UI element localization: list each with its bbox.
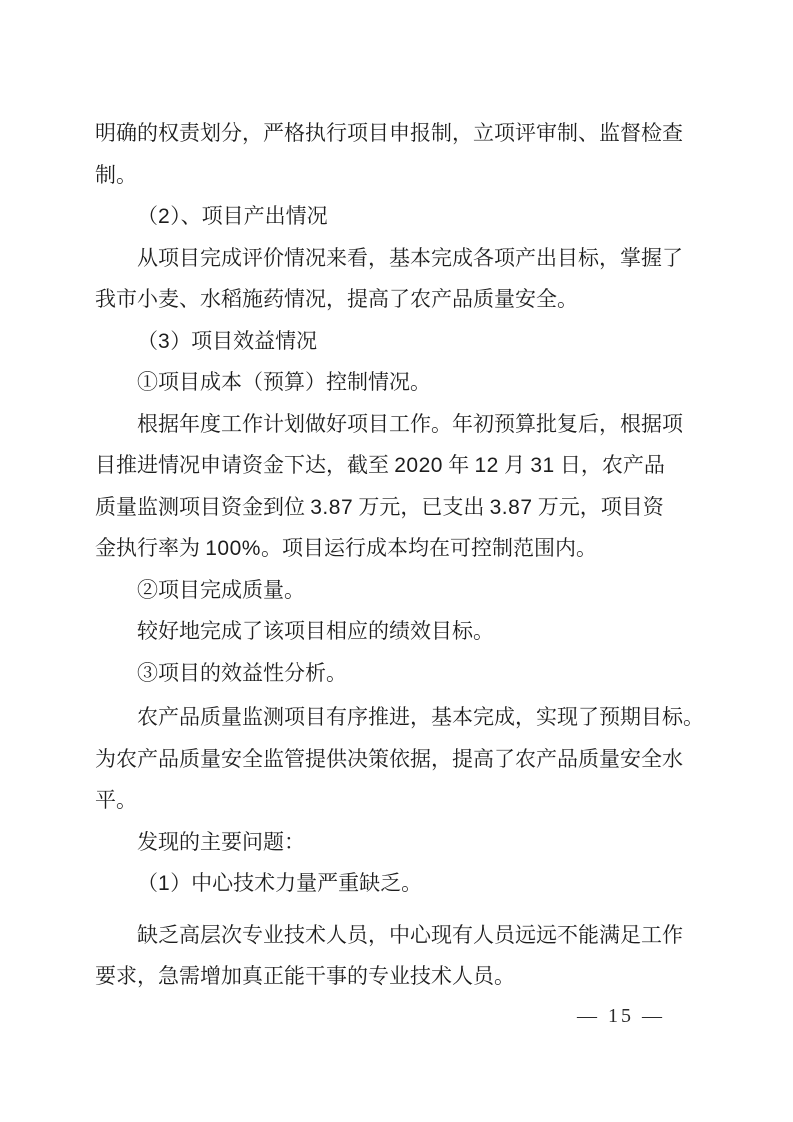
number-text: 12 [474,454,498,477]
body-text: ①项目成本（预算）控制情况。 [137,370,431,394]
number-text: 3.87 [310,496,353,519]
body-text: ③项目的效益性分析。 [137,661,347,685]
body-text: 万元，项目资 [533,495,664,519]
text-line: 我市小麦、水稻施药情况，提高了农产品质量安全。 [95,279,720,321]
text-line: 从项目完成评价情况来看，基本完成各项产出目标，掌握了 [95,238,720,280]
body-text: 月 [499,453,531,477]
number-text: 2 [158,205,170,228]
body-text: 明确的权责划分，严格执行项目申报制，立项评审制、监督检查 [95,121,683,145]
body-text: 发现的主要问题： [137,830,305,854]
body-text: ）中心技术力量严重缺乏。 [170,871,422,895]
text-line: 金执行率为 100%。项目运行成本均在可控制范围内。 [95,528,720,570]
text-line: 制。 [95,155,720,197]
text-line: 目推进情况申请资金下达，截至 2020 年 12 月 31 日，农产品 [95,445,720,487]
text-line: （2）、项目产出情况 [95,196,720,238]
body-text: 我市小麦、水稻施药情况，提高了农产品质量安全。 [95,287,578,311]
text-line: 平。 [95,780,720,822]
text-line: ②项目完成质量。 [95,570,720,612]
text-line: 缺乏高层次专业技术人员，中心现有人员远远不能满足工作 [95,915,720,957]
body-text: （ [137,204,158,228]
text-line: （3）项目效益情况 [95,321,720,363]
body-text: 农产品质量监测项目有序推进，基本完成，实现了预期目标。 [137,705,704,729]
text-line: 明确的权责划分，严格执行项目申报制，立项评审制、监督检查 [95,113,720,155]
body-text: （ [137,329,158,353]
page-number: — 15 — [577,996,665,1038]
body-text: 为农产品质量安全监管提供决策依据，提高了农产品质量安全水 [95,747,683,771]
body-text: 从项目完成评价情况来看，基本完成各项产出目标，掌握了 [137,246,683,270]
number-text: 100% [205,537,261,560]
number-text: 31 [530,454,554,477]
body-text: ②项目完成质量。 [137,578,305,602]
text-line: （1）中心技术力量严重缺乏。 [95,863,720,905]
text-line: 较好地完成了该项目相应的绩效目标。 [95,611,720,653]
number-text: 1 [158,872,170,895]
body-text: 平。 [95,788,137,812]
document-page: 明确的权责划分，严格执行项目申报制，立项评审制、监督检查制。（2）、项目产出情况… [0,0,793,1122]
text-line: 发现的主要问题： [95,822,720,864]
text-line: ③项目的效益性分析。 [95,653,720,695]
text-line: 质量监测项目资金到位 3.87 万元，已支出 3.87 万元，项目资 [95,487,720,529]
body-text: ）、项目产出情况 [170,204,328,228]
number-text: 3 [158,330,170,353]
body-text: 目推进情况申请资金下达，截至 [95,453,394,477]
text-line: 为农产品质量安全监管提供决策依据，提高了农产品质量安全水 [95,739,720,781]
body-text: 制。 [95,163,137,187]
body-text: 要求，急需增加真正能干事的专业技术人员。 [95,964,515,988]
number-text: 3.87 [490,496,533,519]
body-text: （ [137,871,158,895]
body-text: 较好地完成了该项目相应的绩效目标。 [137,619,494,643]
text-line: 根据年度工作计划做好项目工作。年初预算批复后，根据项 [95,404,720,446]
number-text: 2020 [394,454,443,477]
body-text: 质量监测项目资金到位 [95,495,310,519]
body-text: 根据年度工作计划做好项目工作。年初预算批复后，根据项 [137,412,683,436]
text-line: 要求，急需增加真正能干事的专业技术人员。 [95,956,720,998]
body-text: ）项目效益情况 [170,329,317,353]
document-body: 明确的权责划分，严格执行项目申报制，立项评审制、监督检查制。（2）、项目产出情况… [95,113,720,998]
body-text: 万元，已支出 [353,495,490,519]
body-text: 缺乏高层次专业技术人员，中心现有人员远远不能满足工作 [137,923,683,947]
body-text: 日，农产品 [555,453,665,477]
body-text: 金执行率为 [95,536,205,560]
text-line: 农产品质量监测项目有序推进，基本完成，实现了预期目标。 [95,697,720,739]
text-line: ①项目成本（预算）控制情况。 [95,362,720,404]
body-text: 年 [443,453,475,477]
body-text: 。项目运行成本均在可控制范围内。 [261,536,597,560]
